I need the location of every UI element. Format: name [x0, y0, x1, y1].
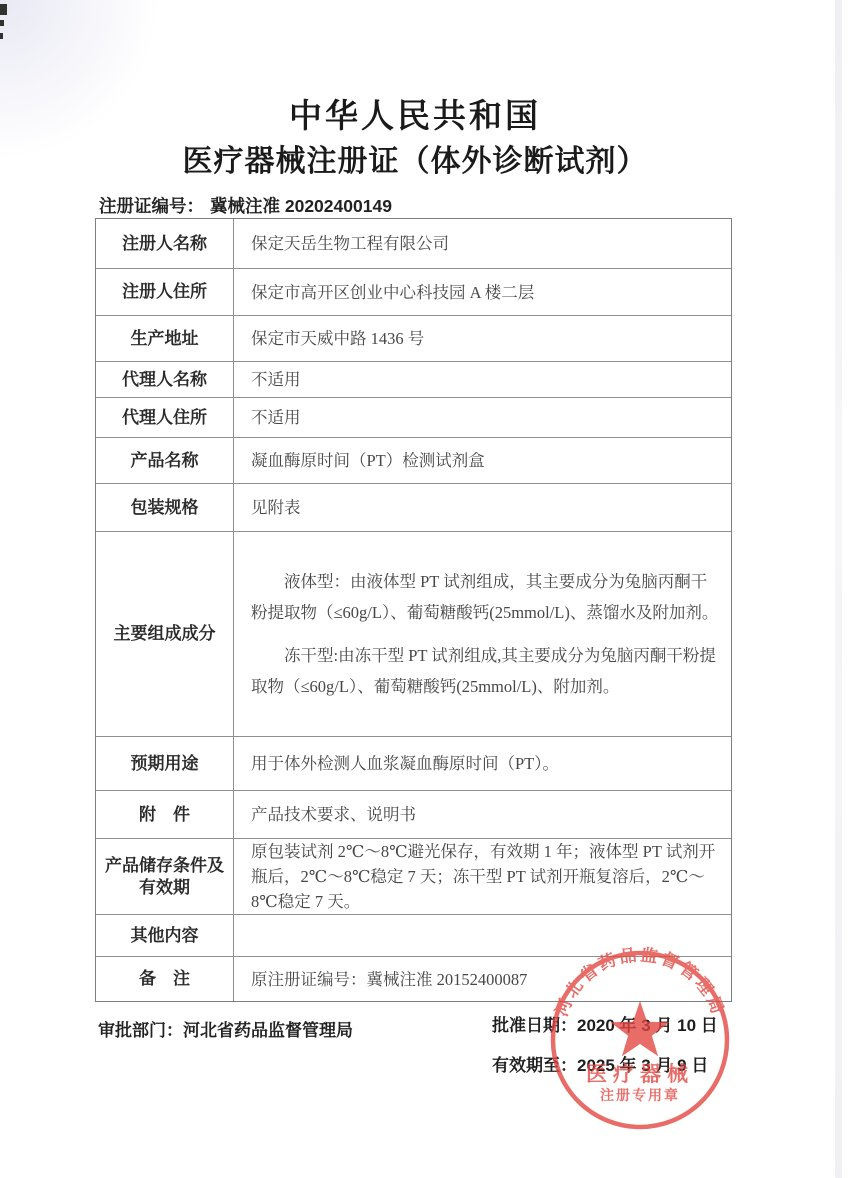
- approval-date-value: 2020 年 3 月 10 日: [577, 1016, 718, 1035]
- field-label: 主要组成成分: [96, 532, 234, 736]
- field-value: 保定市高开区创业中心科技园 A 楼二层: [234, 269, 731, 315]
- field-label: 备 注: [96, 957, 234, 1001]
- field-value: [234, 915, 731, 956]
- table-row-agent-address: 代理人住所 不适用: [96, 398, 731, 438]
- approval-date-label: 批准日期：: [492, 1016, 577, 1035]
- field-value: 原包装试剂 2℃～8℃避光保存，有效期 1 年；液体型 PT 试剂开瓶后，2℃～…: [234, 839, 731, 914]
- field-label: 代理人名称: [96, 362, 234, 397]
- field-label: 产品名称: [96, 438, 234, 483]
- scan-speck: [0, 4, 7, 15]
- registration-certificate-page: 中华人民共和国 医疗器械注册证（体外诊断试剂） 注册证编号：冀械注准 20202…: [0, 0, 850, 1178]
- field-label: 注册人名称: [96, 219, 234, 268]
- table-row-remarks: 备 注 原注册证编号：冀械注准 20152400087: [96, 957, 731, 1001]
- certificate-number-label: 注册证编号：: [99, 196, 204, 216]
- field-value: 不适用: [234, 398, 731, 437]
- valid-until-line: 有效期至：2025 年 3 月 9 日: [492, 1051, 782, 1076]
- field-value: 产品技术要求、说明书: [234, 791, 731, 838]
- table-row-production-address: 生产地址 保定市天威中路 1436 号: [96, 316, 731, 362]
- dates-block: 批准日期：2020 年 3 月 10 日 有效期至：2025 年 3 月 9 日: [492, 1011, 782, 1091]
- field-label: 预期用途: [96, 737, 234, 790]
- approval-department-line: 审批部门：河北省药品监督管理局: [98, 1016, 353, 1041]
- approval-date-line: 批准日期：2020 年 3 月 10 日: [492, 1011, 782, 1036]
- table-row-agent-name: 代理人名称 不适用: [96, 362, 731, 398]
- page-title-country: 中华人民共和国: [95, 90, 735, 137]
- certificate-number-value: 冀械注准 20202400149: [210, 196, 392, 216]
- certificate-number-line: 注册证编号：冀械注准 20202400149: [99, 193, 392, 218]
- field-label: 注册人住所: [96, 269, 234, 315]
- valid-until-label: 有效期至：: [492, 1056, 577, 1075]
- field-label: 附 件: [96, 791, 234, 838]
- valid-until-value: 2025 年 3 月 9 日: [577, 1056, 708, 1075]
- table-row-product-name: 产品名称 凝血酶原时间（PT）检测试剂盒: [96, 438, 731, 484]
- field-value: 保定天岳生物工程有限公司: [234, 219, 731, 268]
- field-label: 其他内容: [96, 915, 234, 956]
- approval-department-label: 审批部门：: [98, 1021, 183, 1040]
- field-value: 不适用: [234, 362, 731, 397]
- table-row-other-content: 其他内容: [96, 915, 731, 957]
- field-value: 凝血酶原时间（PT）检测试剂盒: [234, 438, 731, 483]
- scan-edge-artifact: [835, 0, 842, 1178]
- field-label: 包装规格: [96, 484, 234, 531]
- table-row-attachments: 附 件 产品技术要求、说明书: [96, 791, 731, 839]
- field-label: 生产地址: [96, 316, 234, 361]
- field-label: 产品储存条件及有效期: [96, 839, 234, 914]
- table-row-storage-conditions: 产品储存条件及有效期 原包装试剂 2℃～8℃避光保存，有效期 1 年；液体型 P…: [96, 839, 731, 915]
- table-row-registrant-name: 注册人名称 保定天岳生物工程有限公司: [96, 219, 731, 269]
- table-row-main-components: 主要组成成分 液体型：由液体型 PT 试剂组成，其主要成分为兔脑丙酮干粉提取物（…: [96, 532, 731, 737]
- field-value: 保定市天威中路 1436 号: [234, 316, 731, 361]
- certificate-table: 注册人名称 保定天岳生物工程有限公司 注册人住所 保定市高开区创业中心科技园 A…: [95, 218, 732, 1002]
- field-label: 代理人住所: [96, 398, 234, 437]
- components-paragraph-liquid: 液体型：由液体型 PT 试剂组成，其主要成分为兔脑丙酮干粉提取物（≤60g/L）…: [251, 566, 719, 628]
- approval-department-value: 河北省药品监督管理局: [183, 1021, 353, 1040]
- table-row-packaging-spec: 包装规格 见附表: [96, 484, 731, 532]
- table-row-registrant-address: 注册人住所 保定市高开区创业中心科技园 A 楼二层: [96, 269, 731, 316]
- scan-speck: [0, 33, 3, 39]
- table-row-intended-use: 预期用途 用于体外检测人血浆凝血酶原时间（PT）。: [96, 737, 731, 791]
- field-value: 原注册证编号：冀械注准 20152400087: [234, 957, 731, 1001]
- field-value: 液体型：由液体型 PT 试剂组成，其主要成分为兔脑丙酮干粉提取物（≤60g/L）…: [234, 532, 731, 736]
- field-value: 用于体外检测人血浆凝血酶原时间（PT）。: [234, 737, 731, 790]
- page-title-document: 医疗器械注册证（体外诊断试剂）: [60, 136, 770, 180]
- field-value: 见附表: [234, 484, 731, 531]
- components-paragraph-lyophilized: 冻干型:由冻干型 PT 试剂组成,其主要成分为兔脑丙酮干粉提取物（≤60g/L）…: [251, 640, 719, 702]
- scan-speck: [0, 20, 4, 26]
